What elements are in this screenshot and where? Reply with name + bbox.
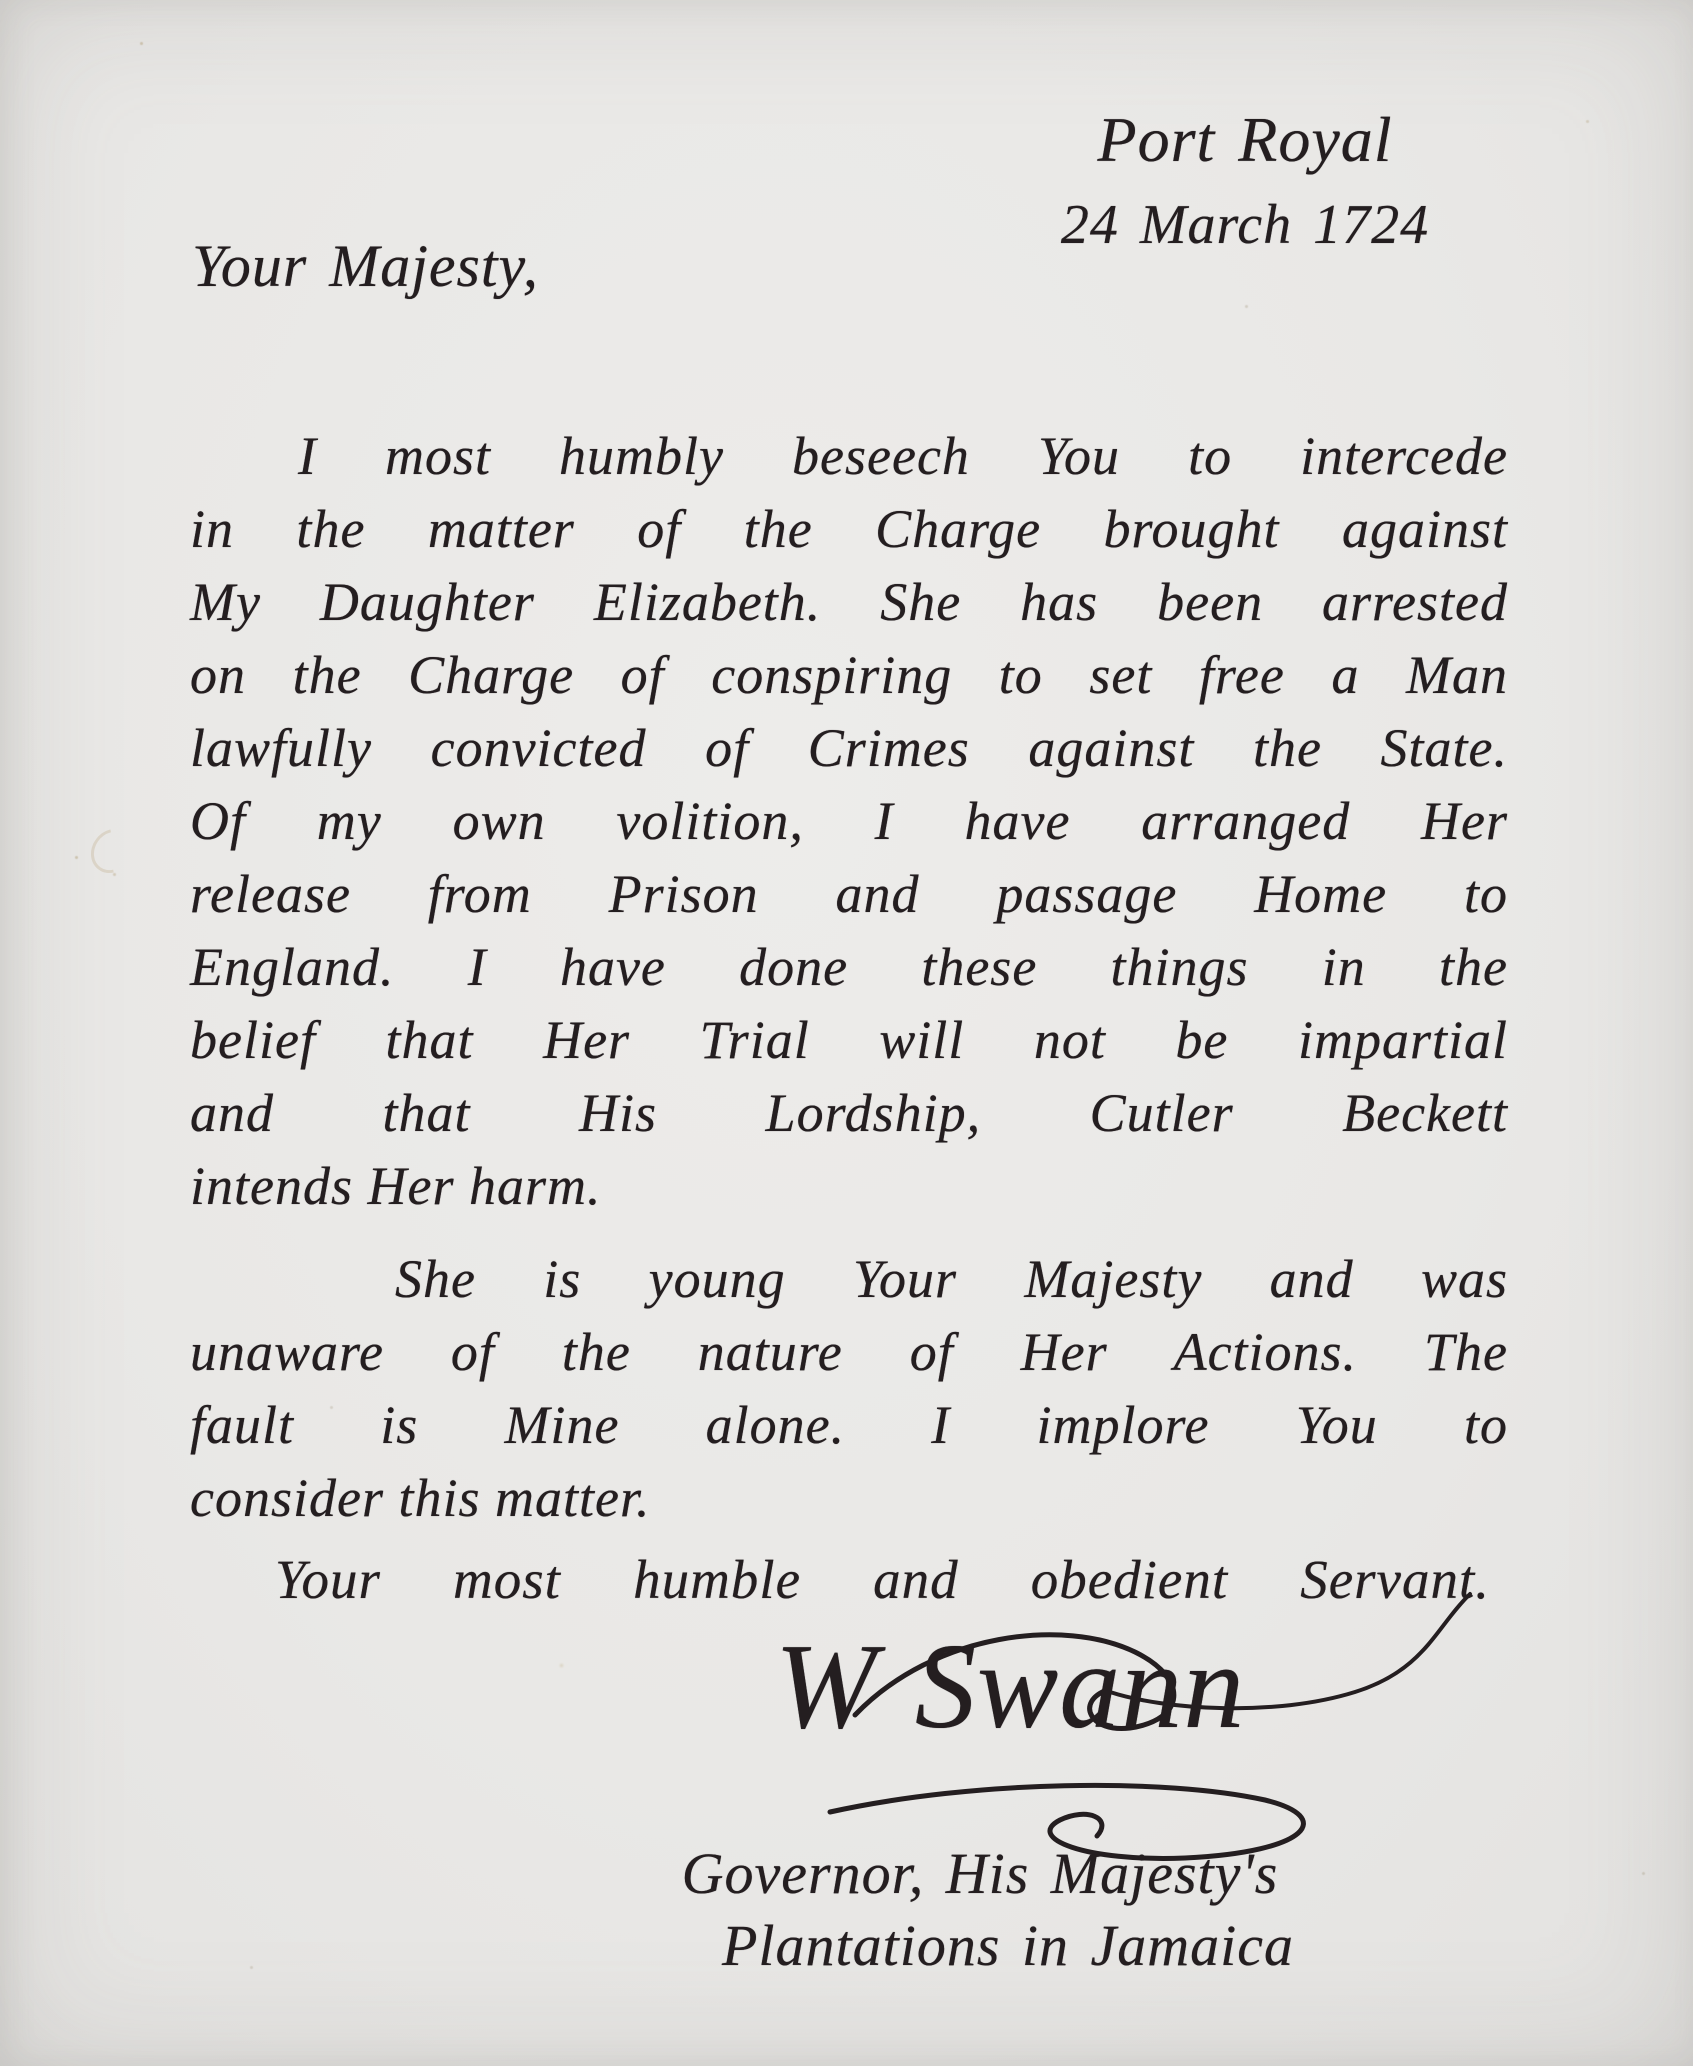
salutation: Your Majesty, — [192, 232, 539, 301]
letter-line: She is young Your Majesty and was — [190, 1243, 1508, 1316]
letter-line: and that His Lordship, Cutler Beckett — [190, 1077, 1508, 1150]
letter-document: Port Royal 24 March 1724 Your Majesty, I… — [0, 0, 1693, 2066]
closing-line: Your most humble and obedient Servant. — [275, 1548, 1490, 1611]
letter-line: belief that Her Trial will not be impart… — [190, 1004, 1508, 1077]
paper-stain — [82, 821, 141, 882]
letter-body: I most humbly beseech You to intercede i… — [190, 420, 1508, 1535]
letter-line: unaware of the nature of Her Actions. Th… — [190, 1316, 1508, 1389]
paper-speckles — [0, 0, 3, 3]
signature: W Swann — [700, 1612, 1320, 1762]
place-line: Port Royal — [1030, 86, 1460, 194]
letter-line: on the Charge of conspiring to set free … — [190, 639, 1508, 712]
letter-line: My Daughter Elizabeth. She has been arre… — [190, 566, 1508, 639]
letter-line: consider this matter. — [190, 1462, 1508, 1535]
letter-line: intends Her harm. — [190, 1150, 1508, 1223]
letter-line: release from Prison and passage Home to — [190, 858, 1508, 931]
paragraph-2: She is young Your Majesty and was unawar… — [190, 1243, 1508, 1535]
letter-line: fault is Mine alone. I implore You to — [190, 1389, 1508, 1462]
letter-line: Of my own volition, I have arranged Her — [190, 785, 1508, 858]
signer-title-line: Plantations in Jamaica — [568, 1910, 1448, 1982]
date-line: 24 March 1724 — [1030, 194, 1460, 256]
signer-title: Governor, His Majesty's Plantations in J… — [540, 1838, 1420, 1982]
dateline: Port Royal 24 March 1724 — [1030, 86, 1460, 256]
letter-line: I most humbly beseech You to intercede — [190, 420, 1508, 493]
letter-line: lawfully convicted of Crimes against the… — [190, 712, 1508, 785]
paragraph-1: I most humbly beseech You to intercede i… — [190, 420, 1508, 1223]
letter-line: England. I have done these things in the — [190, 931, 1508, 1004]
letter-line: in the matter of the Charge brought agai… — [190, 493, 1508, 566]
signer-title-line: Governor, His Majesty's — [540, 1838, 1420, 1910]
